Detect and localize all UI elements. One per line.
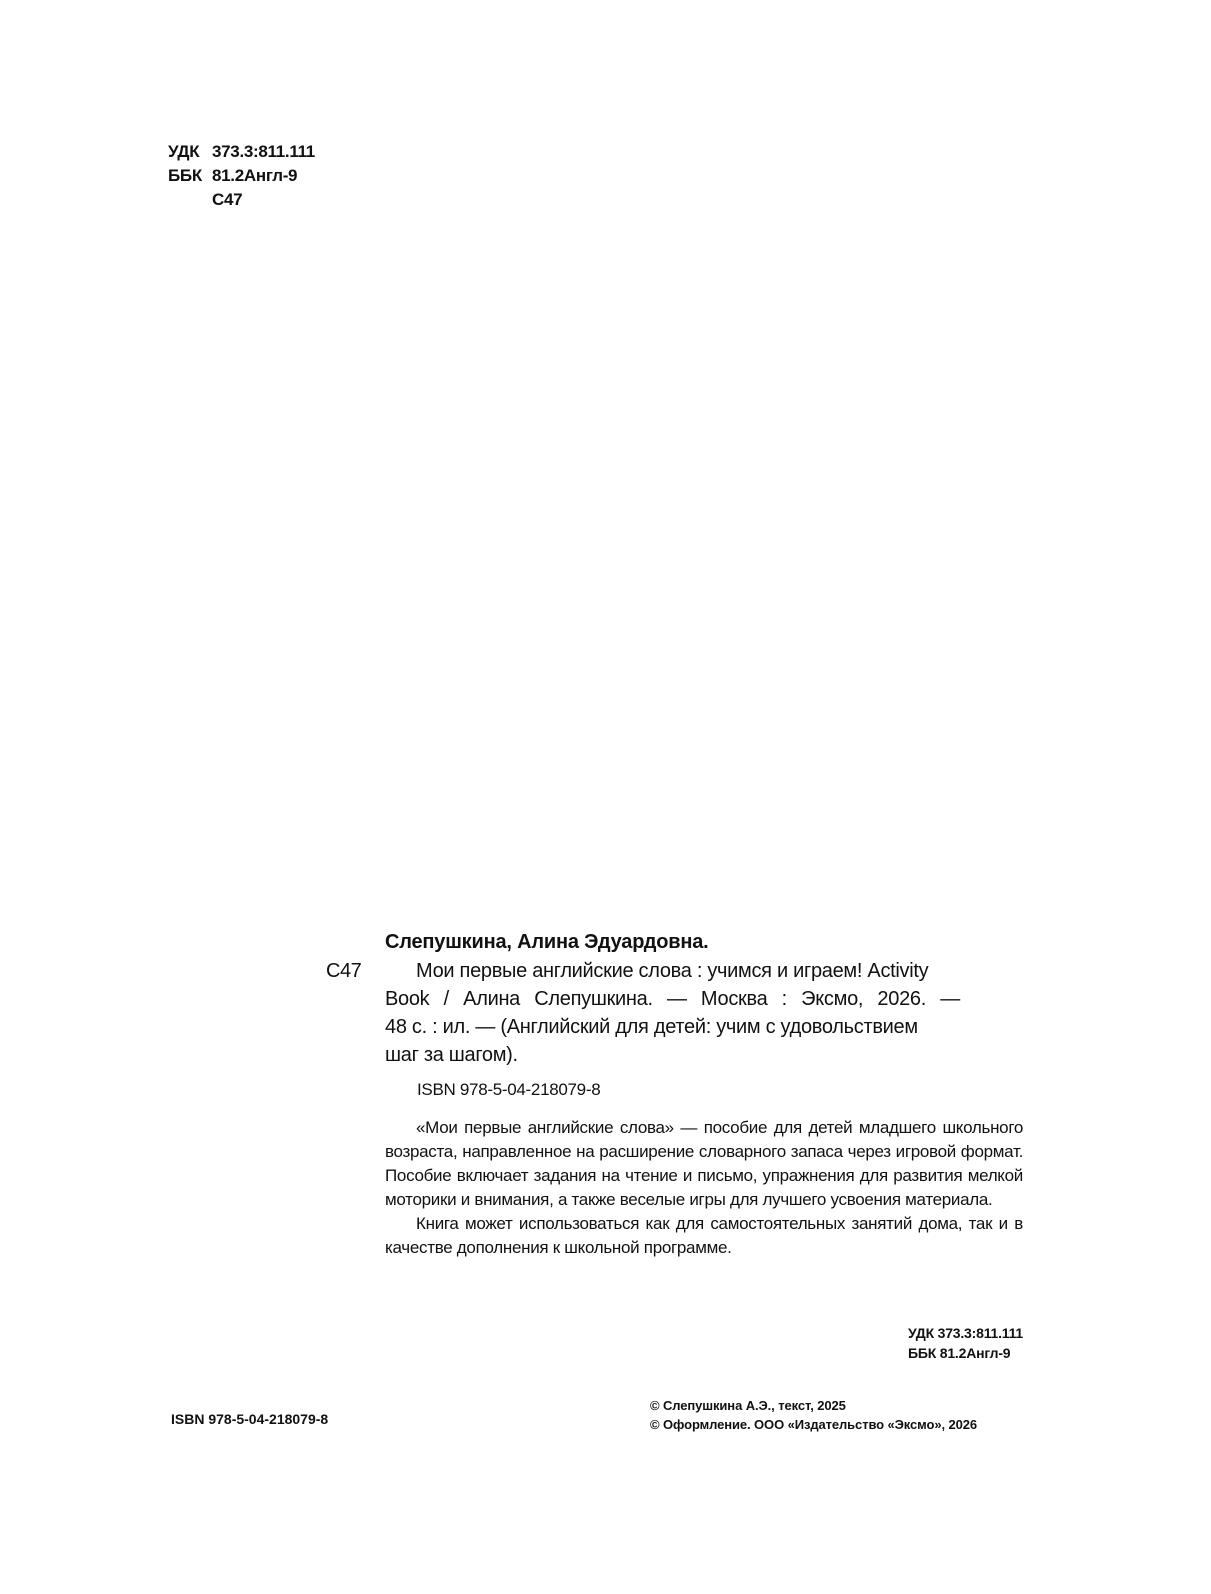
bbk-value: 81.2Англ-9 — [212, 166, 297, 185]
copyright-text: © Слепушкина А.Э., текст, 2025 — [650, 1396, 977, 1415]
cutter-code: С47 — [168, 188, 315, 212]
bbk-label: ББК — [168, 164, 212, 188]
isbn-entry: ISBN 978-5-04-218079-8 — [417, 1078, 600, 1102]
annotation: «Мои первые английские слова» — пособие … — [385, 1116, 1023, 1260]
copyright-block: © Слепушкина А.Э., текст, 2025 © Оформле… — [650, 1396, 977, 1434]
description-line: шаг за шагом). — [385, 1041, 1023, 1069]
entry-cutter-code: С47 — [326, 957, 361, 985]
udk-code: УДК 373.3:811.111 — [908, 1323, 1023, 1343]
annotation-paragraph: Книга может использоваться как для самос… — [385, 1212, 1023, 1260]
annotation-paragraph: «Мои первые английские слова» — пособие … — [385, 1116, 1023, 1212]
description-line: Book / Алина Слепушкина. — Москва : Эксм… — [385, 985, 1023, 1013]
description-line: Мои первые английские слова : учимся и и… — [385, 957, 1023, 985]
author-heading: Слепушкина, Алина Эдуардовна. — [385, 928, 708, 956]
description-line: 48 с. : ил. — (Английский для детей: учи… — [385, 1013, 1023, 1041]
bbk-row: ББК81.2Англ-9 — [168, 164, 315, 188]
udk-label: УДК — [168, 140, 212, 164]
bbk-code: ББК 81.2Англ-9 — [908, 1343, 1023, 1363]
copyright-design: © Оформление. ООО «Издательство «Эксмо»,… — [650, 1415, 977, 1434]
classification-block-top: УДК373.3:811.111 ББК81.2Англ-9 С47 — [168, 140, 315, 212]
udk-value: 373.3:811.111 — [212, 142, 315, 161]
isbn-footer: ISBN 978-5-04-218079-8 — [171, 1409, 328, 1429]
udk-row: УДК373.3:811.111 — [168, 140, 315, 164]
bibliographic-description: Мои первые английские слова : учимся и и… — [385, 957, 1023, 1069]
classification-block-bottom: УДК 373.3:811.111 ББК 81.2Англ-9 — [908, 1323, 1023, 1363]
